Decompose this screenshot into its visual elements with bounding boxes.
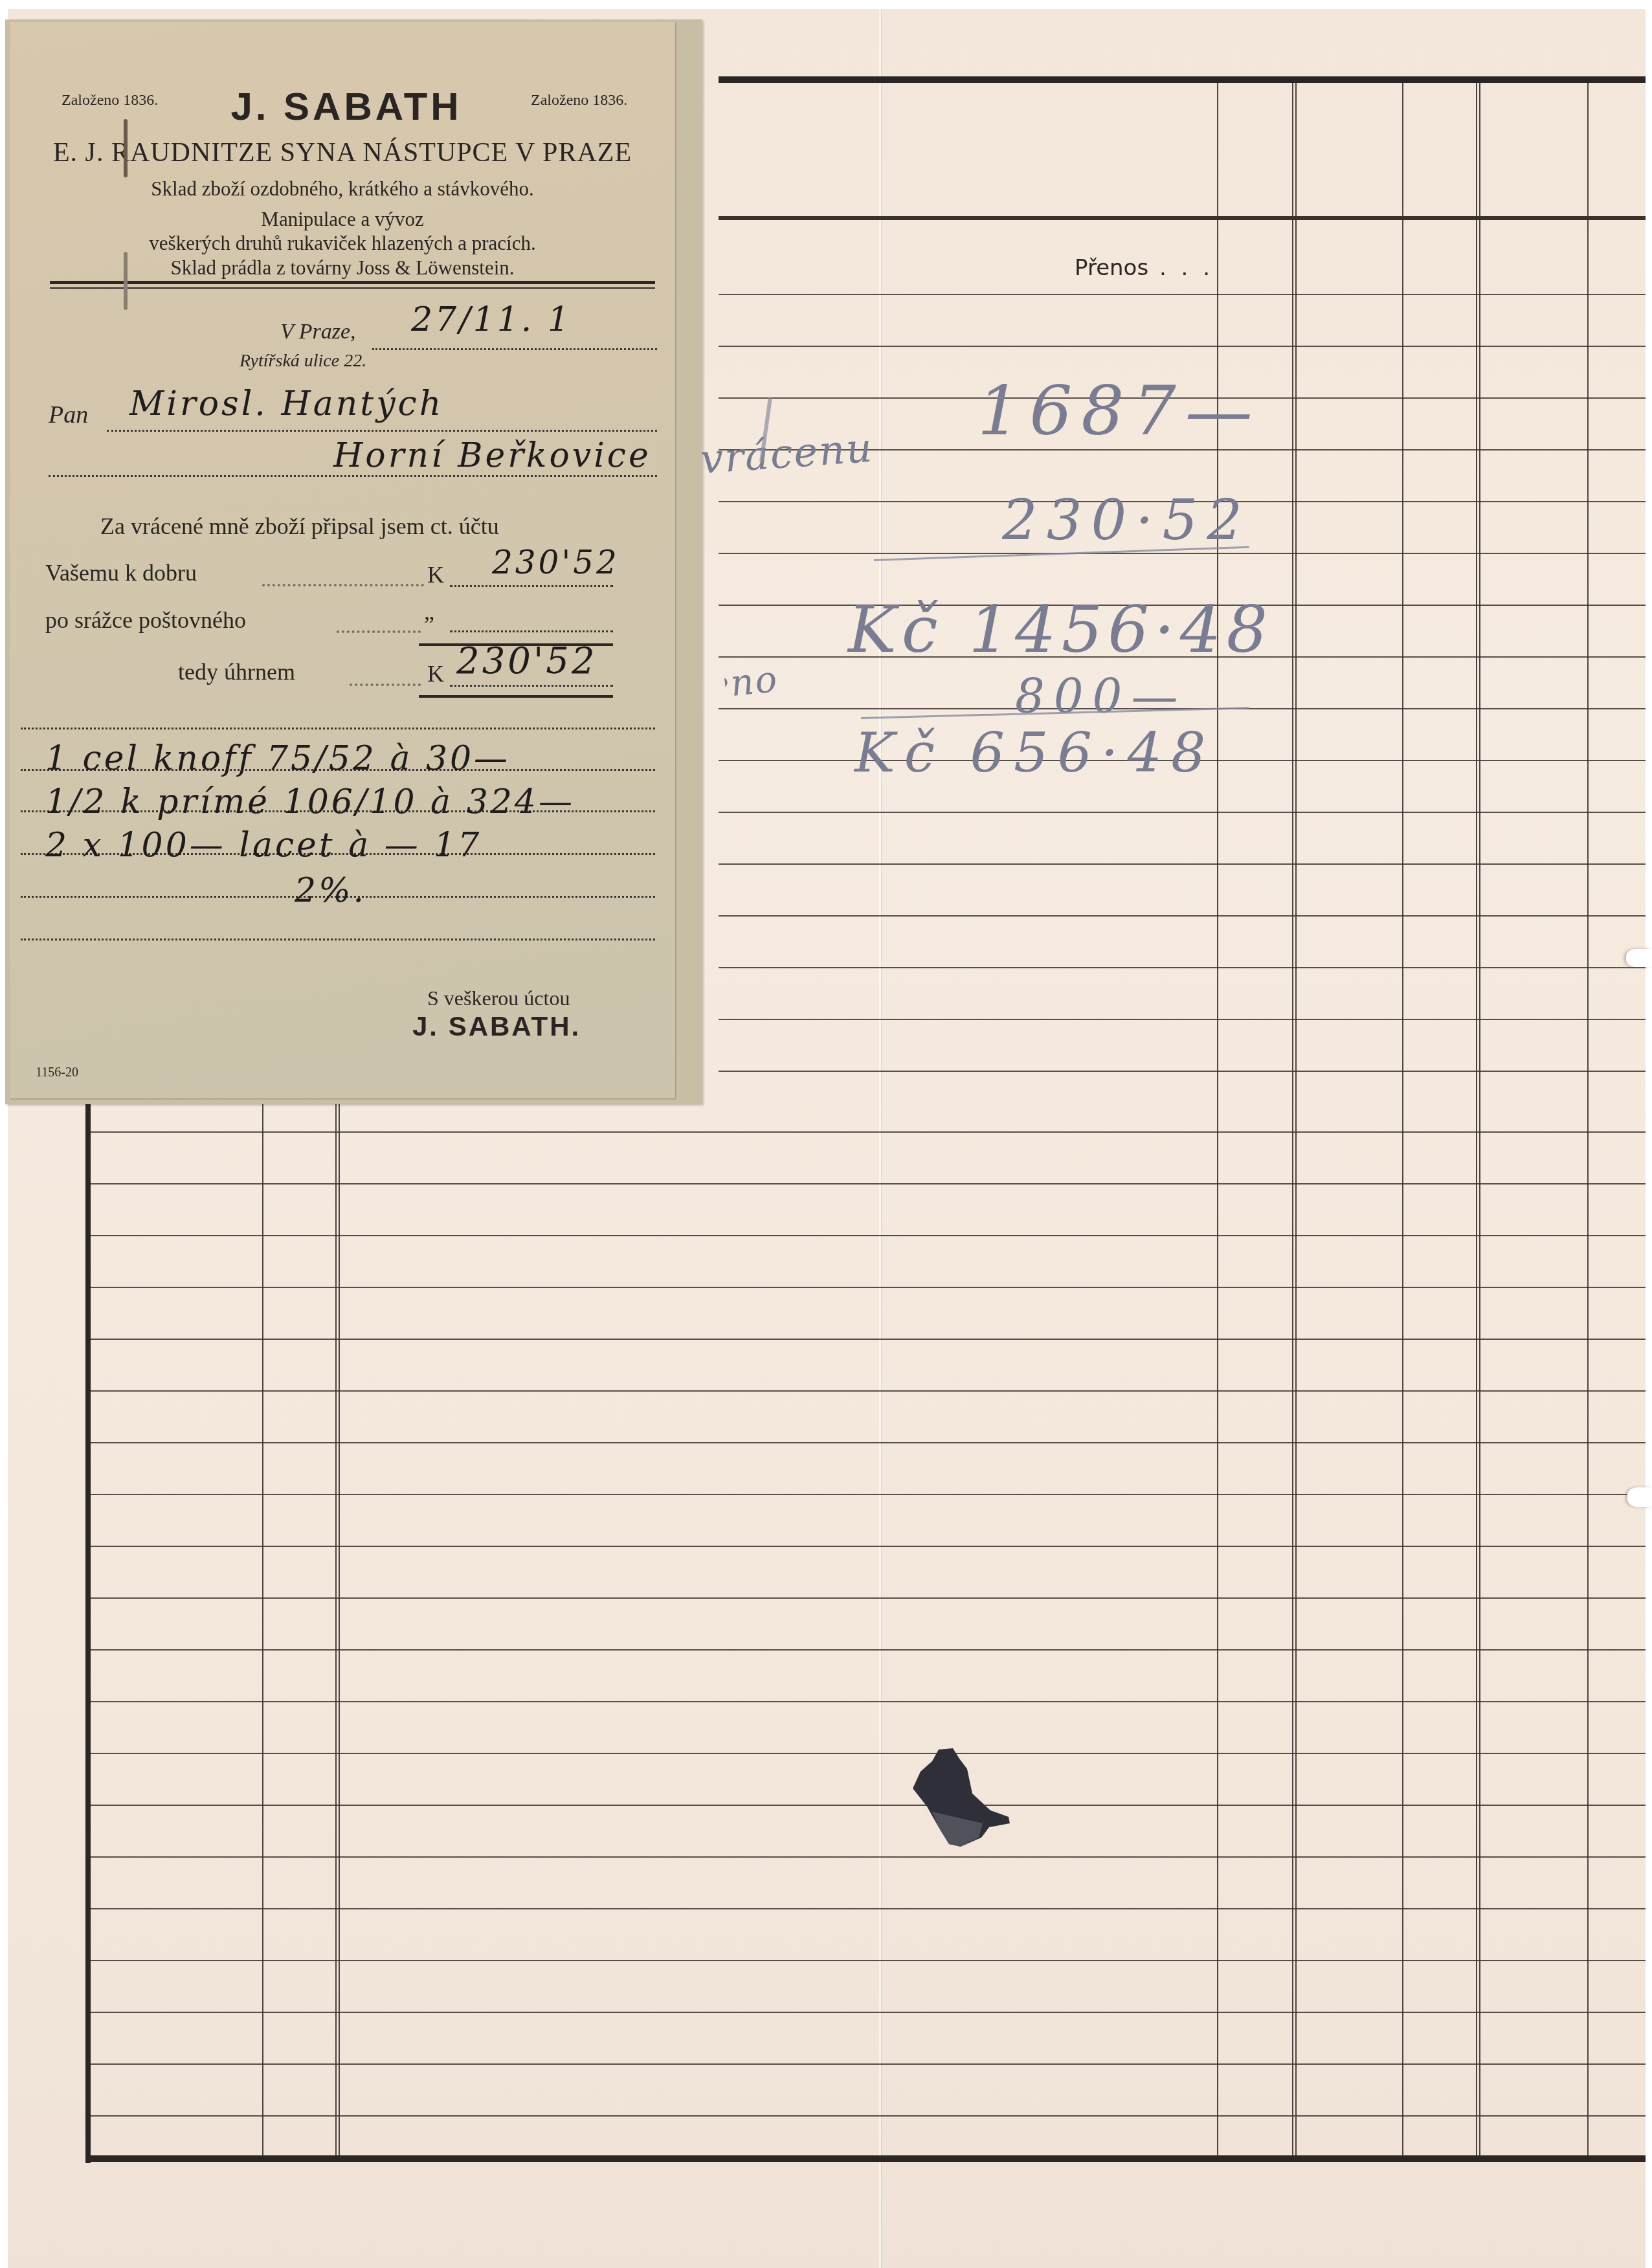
postage-dots: [450, 630, 613, 632]
item-line-1: 1 cel knoff 75/52 à 30—: [45, 739, 510, 778]
recipient-dots: [107, 430, 657, 432]
column-line-5: [1587, 83, 1589, 2158]
ledger-row-line: [91, 1597, 1646, 1599]
ledger-row-line: [91, 1339, 1646, 1340]
pencil-deduction: 800—: [1015, 669, 1187, 724]
business-line-4: Sklad prádla z továrny Joss & Löwenstein…: [10, 256, 675, 280]
item-dots-1: [21, 728, 655, 729]
carry-over-text: Přenos: [1075, 255, 1148, 281]
business-line-3: veškerých druhů rukaviček hlazených a pr…: [10, 232, 675, 255]
total-dots: [450, 685, 613, 687]
brand-name: J. SABATH: [210, 84, 482, 129]
ledger-row-line: [719, 863, 1646, 865]
item-dots-6: [21, 939, 655, 940]
ledger-row-line: [91, 2063, 1646, 2065]
ink-blot: [913, 1747, 1016, 1851]
pin-top: [124, 119, 128, 177]
ledger-header-rule: [719, 216, 1646, 220]
date-handwritten: 27/11. 1: [411, 300, 572, 339]
column-line-left-2: [335, 1102, 340, 2157]
credit-currency: K: [427, 561, 444, 588]
ledger-row-line: [91, 2115, 1646, 2117]
ledger-row-line: [91, 1701, 1646, 1702]
ledger-row-line: [91, 1908, 1646, 1909]
statement-text: Za vrácené mně zboží připsal jsem ct. úč…: [100, 513, 499, 540]
item-line-2: 1/2 k prímé 106/10 à 324—: [45, 783, 575, 821]
column-line-2: [1292, 83, 1297, 2158]
pencil-result: Kč 656·48: [854, 721, 1214, 784]
ledger-row-line: [719, 1071, 1646, 1072]
business-line-1: Sklad zboží ozdobného, krátkého a stávko…: [10, 177, 675, 201]
punch-hole-top: [1626, 949, 1652, 967]
postage-leader-dots: [337, 630, 421, 633]
place-label: V Praze,: [280, 320, 355, 344]
founded-right: Založeno 1836.: [531, 92, 627, 109]
ledger-row-line: [719, 915, 1646, 917]
recipient-label: Pan: [49, 401, 88, 429]
ledger-row-line: [719, 346, 1646, 347]
ledger-row-line: [91, 1235, 1646, 1236]
ledger-row-line: [91, 1442, 1646, 1443]
signature: J. SABATH.: [412, 1011, 581, 1042]
postage-mark: „: [424, 598, 434, 625]
punch-hole-bottom: [1627, 1487, 1652, 1507]
column-line-3: [1402, 83, 1403, 2158]
item-line-3: 2 x 100— lacet à — 17: [45, 826, 482, 865]
ledger-bottom-rule: [88, 2155, 1646, 2162]
credit-note-card: Založeno 1836. J. SABATH Založeno 1836. …: [10, 22, 675, 1098]
closing-text: S veškerou úctou: [427, 986, 570, 1010]
ledger-row-line: [91, 1856, 1646, 1858]
carry-over-label: Přenos . . .: [1075, 255, 1214, 281]
pencil-note-returned: vrácenu: [699, 424, 875, 483]
ledger-row-line: [719, 812, 1646, 813]
credit-dots: [450, 585, 613, 587]
address: Rytířská ulice 22.: [240, 351, 366, 372]
total-currency: K: [427, 660, 444, 687]
company-subtitle: E. J. RAUDNITZE SYNA NÁSTUPCE V PRAZE: [10, 137, 675, 168]
ledger-row-line: [91, 2012, 1646, 2013]
ledger-row-line: [91, 1287, 1646, 1288]
ledger-row-line: [719, 1019, 1646, 1020]
business-line-2: Manipulace a vývoz: [10, 208, 675, 231]
founded-left: Založeno 1836.: [61, 92, 158, 109]
sum-rule-bottom: [419, 695, 613, 698]
pin-bottom: [124, 252, 128, 310]
credit-label: Vašemu k dobru: [45, 559, 197, 586]
ledger-top-rule: [719, 76, 1646, 83]
town-dots: [49, 475, 657, 477]
ledger-row-line: [91, 1960, 1646, 1961]
date-dots: [372, 348, 657, 350]
column-line-left-1: [262, 1102, 263, 2157]
form-number: 1156-20: [36, 1065, 78, 1080]
credit-leader-dots: [262, 584, 424, 586]
header-rule-thin: [50, 287, 655, 289]
ledger-row-line: [719, 553, 1646, 554]
pencil-amount-1: 1687—: [977, 372, 1262, 450]
ledger-row-line: [91, 1131, 1646, 1133]
carry-over-dots: . . .: [1159, 255, 1214, 281]
postage-label: po srážce poštovného: [45, 606, 246, 634]
credit-amount: 230'52: [492, 544, 619, 581]
header-rule: [50, 281, 655, 284]
total-leader-dots: [350, 684, 421, 686]
ledger-row-line: [719, 294, 1646, 295]
total-amount: 230'52: [456, 640, 597, 682]
ledger-row-line: [91, 1753, 1646, 1754]
recipient-name: Mirosl. Hantých: [129, 384, 443, 423]
total-label: tedy úhrnem: [178, 658, 295, 685]
ledger-row-line: [91, 1183, 1646, 1184]
recipient-town: Horní Beřkovice: [333, 436, 651, 475]
ledger-row-line: [91, 1649, 1646, 1651]
discount-note: 2%.: [295, 871, 366, 910]
ledger-left-border: [85, 1102, 91, 2163]
ledger-row-line: [719, 967, 1646, 968]
pencil-subtotal: Kč 1456·48: [848, 592, 1273, 667]
fold-crease: [879, 9, 881, 2268]
ledger-row-line: [91, 1805, 1646, 1806]
ledger-row-line: [91, 1546, 1646, 1547]
column-line-4: [1476, 83, 1480, 2158]
ledger-row-line: [91, 1390, 1646, 1392]
pencil-amount-2: 230·52: [1002, 488, 1251, 553]
ledger-row-line: [91, 1494, 1646, 1495]
